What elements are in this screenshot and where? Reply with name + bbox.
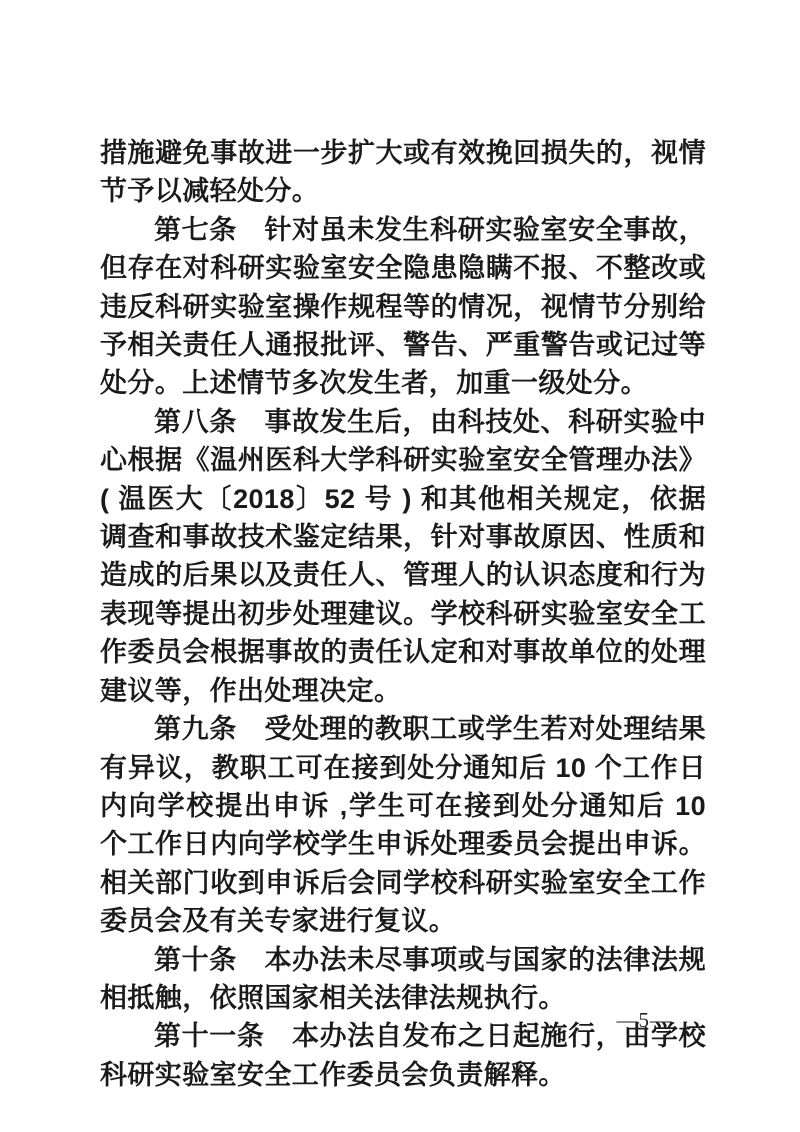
- paragraph-article-10: 第十条 本办法未尽事项或与国家的法律法规相抵触，依照国家相关法律法规执行。: [100, 941, 706, 1018]
- paragraph-article-9: 第九条 受处理的教职工或学生若对处理结果有异议，教职工可在接到处分通知后 10 …: [100, 710, 706, 940]
- paragraph-continuation: 措施避免事故进一步扩大或有效挽回损失的，视情节予以减轻处分。: [100, 134, 706, 211]
- paragraph-article-8: 第八条 事故发生后，由科技处、科研实验中心根据《温州医科大学科研实验室安全管理办…: [100, 403, 706, 710]
- document-body: 措施避免事故进一步扩大或有效挽回损失的，视情节予以减轻处分。 第七条 针对虽未发…: [100, 134, 706, 1094]
- document-page: 措施避免事故进一步扩大或有效挽回损失的，视情节予以减轻处分。 第七条 针对虽未发…: [0, 0, 800, 1132]
- paragraph-article-11: 第十一条 本办法自发布之日起施行，由学校科研实验室安全工作委员会负责解释。: [100, 1017, 706, 1094]
- page-number: —5—: [617, 1008, 673, 1033]
- paragraph-article-7: 第七条 针对虽未发生科研实验室安全事故，但存在对科研实验室安全隐患隐瞒不报、不整…: [100, 211, 706, 403]
